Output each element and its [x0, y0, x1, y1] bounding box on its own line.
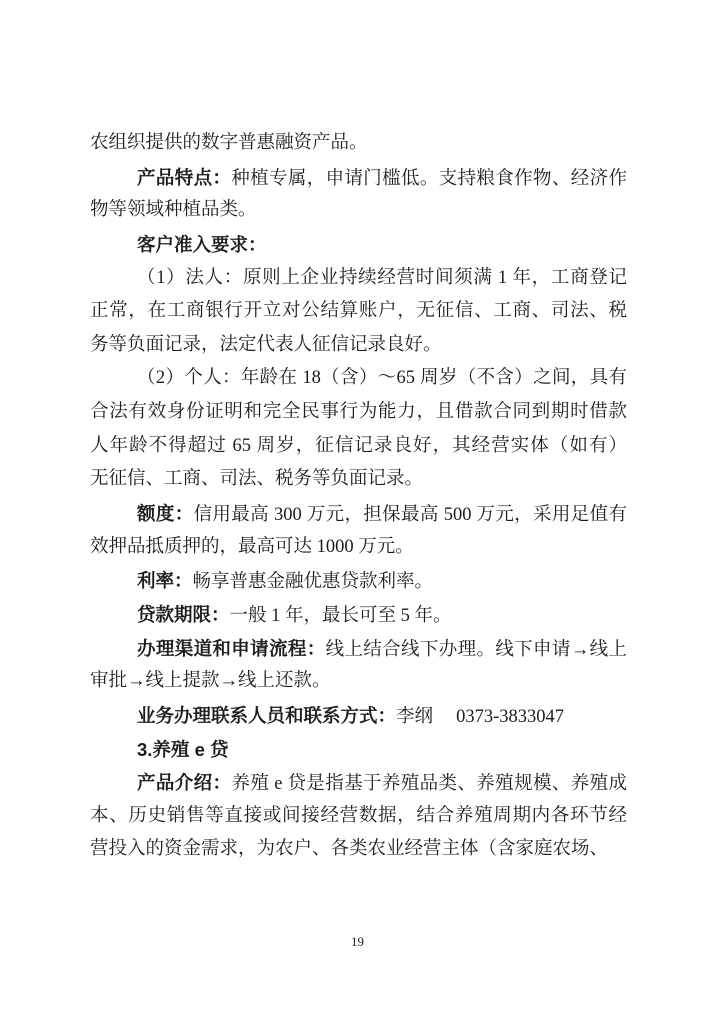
- text-run: 李纲 0373-3833047: [396, 707, 564, 727]
- text-line: 额度：信用最高 300 万元，担保最高 500 万元，采用足值有: [90, 497, 627, 531]
- text-line: 产品介绍：养殖 e 贷是指基于养殖品类、养殖规模、养殖成: [90, 766, 627, 800]
- text-run-bold: 产品特点：: [137, 167, 231, 188]
- text-run-bold: 额度：: [137, 503, 194, 524]
- text-run: 效押品抵质押的，最高可达 1000 万元。: [90, 537, 414, 557]
- text-run: 种植专属，申请门槛低。支持粮食作物、经济作: [231, 169, 627, 189]
- text-run: 信用最高 300 万元，担保最高 500 万元，采用足值有: [194, 505, 627, 525]
- text-run: 人年龄不得超过 65 周岁，征信记录良好，其经营实体（如有）: [90, 436, 627, 456]
- text-line: 业务办理联系人员和联系方式：李纲 0373-3833047: [90, 699, 627, 733]
- text-run-bold: 贷款期限：: [137, 604, 230, 625]
- text-line: （1）法人：原则上企业持续经营时间须满 1 年，工商登记: [90, 262, 627, 296]
- text-run-bold: 办理渠道和申请流程：: [137, 638, 326, 659]
- text-line: 合法有效身份证明和完全民事行为能力，且借款合同到期时借款: [90, 396, 627, 430]
- text-line: 贷款期限：一般 1 年，最长可至 5 年。: [90, 598, 627, 632]
- text-line: 农组织提供的数字普惠融资产品。: [90, 127, 627, 161]
- text-run: 养殖 e 贷是指基于养殖品类、养殖规模、养殖成: [231, 774, 627, 794]
- text-line: 营投入的资金需求，为农户、各类农业经营主体（含家庭农场、: [90, 833, 627, 867]
- text-line: 利率：畅享普惠金融优惠贷款利率。: [90, 564, 627, 598]
- text-line: 无征信、工商、司法、税务等负面记录。: [90, 463, 627, 497]
- text-run-bold: 业务办理联系人员和联系方式：: [137, 705, 396, 726]
- text-line: 本、历史销售等直接或间接经营数据，结合养殖周期内各环节经: [90, 800, 627, 834]
- text-run-bold: 利率：: [137, 570, 193, 591]
- text-line: 产品特点：种植专属，申请门槛低。支持粮食作物、经济作: [90, 161, 627, 195]
- text-run: 畅享普惠金融优惠贷款利率。: [193, 572, 434, 592]
- text-line: 3.养殖 e 贷: [90, 733, 627, 767]
- text-line: 人年龄不得超过 65 周岁，征信记录良好，其经营实体（如有）: [90, 430, 627, 464]
- text-run-bold: 产品介绍：: [137, 772, 231, 793]
- text-run: （1）法人：原则上企业持续经营时间须满 1 年，工商登记: [137, 268, 627, 288]
- text-run: 一般 1 年，最长可至 5 年。: [230, 606, 452, 626]
- text-run: 营投入的资金需求，为农户、各类农业经营主体（含家庭农场、: [90, 839, 608, 859]
- text-line: （2）个人：年龄在 18（含）～65 周岁（不含）之间，具有: [90, 362, 627, 396]
- text-line: 物等领域种植品类。: [90, 194, 627, 228]
- document-page: 农组织提供的数字普惠融资产品。产品特点：种植专属，申请门槛低。支持粮食作物、经济…: [0, 0, 715, 1011]
- page-number: 19: [0, 934, 715, 950]
- text-run: （2）个人：年龄在 18（含）～65 周岁（不含）之间，具有: [137, 368, 627, 388]
- text-run: 物等领域种植品类。: [90, 200, 257, 220]
- text-run: 正常，在工商银行开立对公结算账户，无征信、工商、司法、税: [90, 301, 627, 321]
- text-run-bold: 客户准入要求：: [137, 234, 267, 255]
- text-line: 效押品抵质押的，最高可达 1000 万元。: [90, 531, 627, 565]
- text-run: 审批→线上提款→线上还款。: [90, 671, 331, 691]
- text-line: 审批→线上提款→线上还款。: [90, 665, 627, 699]
- text-run: 务等负面记录，法定代表人征信记录良好。: [90, 335, 442, 355]
- document-body: 农组织提供的数字普惠融资产品。产品特点：种植专属，申请门槛低。支持粮食作物、经济…: [90, 127, 627, 867]
- text-line: 客户准入要求：: [90, 228, 627, 262]
- text-line: 正常，在工商银行开立对公结算账户，无征信、工商、司法、税: [90, 295, 627, 329]
- text-run: 线上结合线下办理。线下申请→线上: [326, 640, 627, 660]
- text-run: 无征信、工商、司法、税务等负面记录。: [90, 469, 423, 489]
- text-run: 合法有效身份证明和完全民事行为能力，且借款合同到期时借款: [90, 402, 627, 422]
- text-run: 本、历史销售等直接或间接经营数据，结合养殖周期内各环节经: [90, 806, 627, 826]
- text-line: 务等负面记录，法定代表人征信记录良好。: [90, 329, 627, 363]
- text-line: 办理渠道和申请流程：线上结合线下办理。线下申请→线上: [90, 632, 627, 666]
- text-run: 农组织提供的数字普惠融资产品。: [90, 133, 368, 153]
- text-run-bold: 3.养殖 e 贷: [137, 739, 229, 760]
